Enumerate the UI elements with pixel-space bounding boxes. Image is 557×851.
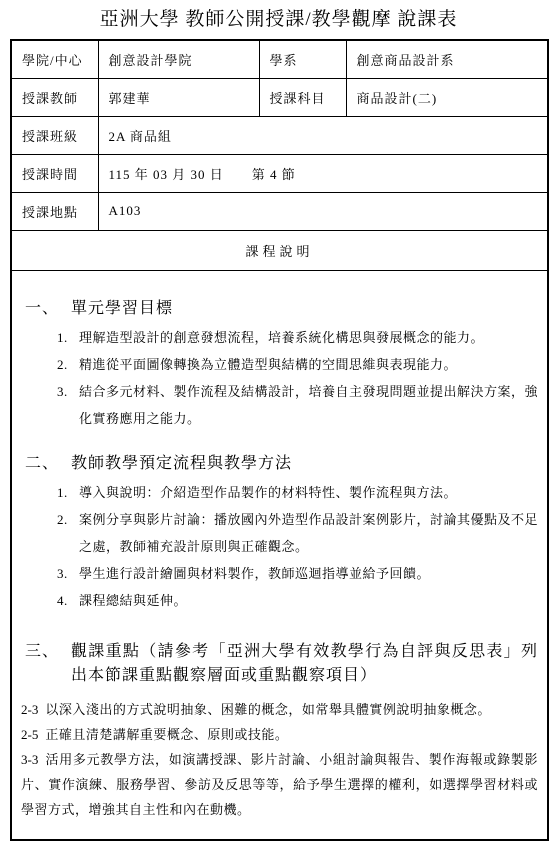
course-description-header: 課程說明 <box>11 230 548 270</box>
class-label: 授課班級 <box>11 116 98 154</box>
list-item-number: 1. <box>57 479 79 506</box>
section-title: 單元學習目標 <box>71 297 538 321</box>
class-value: 2A 商品組 <box>98 116 548 154</box>
time-value: 115 年 03 月 30 日 第 4 節 <box>98 154 548 192</box>
location-label: 授課地點 <box>11 192 98 230</box>
course-description-body: 一、 單元學習目標 1. 理解造型設計的創意發想流程，培養系統化構思與發展概念的… <box>11 270 548 840</box>
time-label: 授課時間 <box>11 154 98 192</box>
section-number: 二、 <box>25 452 71 476</box>
section-learning-objectives: 一、 單元學習目標 1. 理解造型設計的創意發想流程，培養系統化構思與發展概念的… <box>21 297 538 432</box>
teacher-label: 授課教師 <box>11 78 98 116</box>
section-number: 一、 <box>25 297 71 321</box>
list-item-number: 1. <box>57 324 79 351</box>
document-page: 亞洲大學 教師公開授課/教學觀摩 說課表 學院/中心 創意設計學院 學系 創意商… <box>0 0 557 851</box>
list-item-text: 結合多元材料、製作流程及結構設計，培養自主發現問題並提出解決方案，強化實務應用之… <box>79 378 538 432</box>
teacher-value: 郭建華 <box>98 78 259 116</box>
section-observation-focus: 三、 觀課重點（請參考「亞洲大學有效教學行為自評與反思表」列出本節課重點觀察層面… <box>21 640 538 688</box>
college-label: 學院/中心 <box>11 40 98 78</box>
list-item: 3. 結合多元材料、製作流程及結構設計，培養自主發現問題並提出解決方案，強化實務… <box>57 378 538 432</box>
observation-text: 正確且清楚講解重要概念、原則或技能。 <box>45 727 288 742</box>
list-item-text: 導入與說明：介紹造型作品製作的材料特性、製作流程與方法。 <box>79 479 538 506</box>
list-item-text: 案例分享與影片討論：播放國內外造型作品設計案例影片，討論其優點及不足之處，教師補… <box>79 506 538 560</box>
list-item-text: 課程總結與延伸。 <box>79 587 538 614</box>
list-item-text: 學生進行設計繪圖與材料製作，教師巡迴指導並給予回饋。 <box>79 560 538 587</box>
observation-code: 2-3 <box>21 702 38 717</box>
table-row-content: 一、 單元學習目標 1. 理解造型設計的創意發想流程，培養系統化構思與發展概念的… <box>11 270 548 840</box>
observation-code: 2-5 <box>21 727 38 742</box>
section-title: 觀課重點（請參考「亞洲大學有效教學行為自評與反思表」列出本節課重點觀察層面或重點… <box>71 640 538 688</box>
subject-label: 授課科目 <box>259 78 346 116</box>
table-row-class: 授課班級 2A 商品組 <box>11 116 548 154</box>
list-item-number: 2. <box>57 351 79 378</box>
observation-item: 3-3活用多元教學方法，如演講授課、影片討論、小組討論與報告、製作海報或錄製影片… <box>21 747 538 822</box>
list-item: 1. 理解造型設計的創意發想流程，培養系統化構思與發展概念的能力。 <box>57 324 538 351</box>
page-title: 亞洲大學 教師公開授課/教學觀摩 說課表 <box>0 0 557 38</box>
observation-item: 2-3以深入淺出的方式說明抽象、困難的概念，如常舉具體實例說明抽象概念。 <box>21 697 538 722</box>
section-heading: 三、 觀課重點（請參考「亞洲大學有效教學行為自評與反思表」列出本節課重點觀察層面… <box>21 640 538 688</box>
department-label: 學系 <box>259 40 346 78</box>
table-row-location: 授課地點 A103 <box>11 192 548 230</box>
college-value: 創意設計學院 <box>98 40 259 78</box>
objectives-list: 1. 理解造型設計的創意發想流程，培養系統化構思與發展概念的能力。 2. 精進從… <box>21 324 538 432</box>
list-item: 4. 課程總結與延伸。 <box>57 587 538 614</box>
list-item: 3. 學生進行設計繪圖與材料製作，教師巡迴指導並給予回饋。 <box>57 560 538 587</box>
list-item-number: 4. <box>57 587 79 614</box>
section-heading: 二、 教師教學預定流程與教學方法 <box>21 452 538 476</box>
section-title: 教師教學預定流程與教學方法 <box>71 452 538 476</box>
observation-text: 活用多元教學方法，如演講授課、影片討論、小組討論與報告、製作海報或錄製影片、實作… <box>21 752 538 817</box>
list-item: 1. 導入與說明：介紹造型作品製作的材料特性、製作流程與方法。 <box>57 479 538 506</box>
table-row-section-header: 課程說明 <box>11 230 548 270</box>
subject-value: 商品設計(二) <box>346 78 548 116</box>
list-item-number: 3. <box>57 378 79 432</box>
list-item: 2. 案例分享與影片討論：播放國內外造型作品設計案例影片，討論其優點及不足之處，… <box>57 506 538 560</box>
section-number: 三、 <box>25 640 71 688</box>
section-teaching-process: 二、 教師教學預定流程與教學方法 1. 導入與說明：介紹造型作品製作的材料特性、… <box>21 452 538 614</box>
observation-text: 以深入淺出的方式說明抽象、困難的概念，如常舉具體實例說明抽象概念。 <box>45 702 491 717</box>
department-value: 創意商品設計系 <box>346 40 548 78</box>
course-info-table: 學院/中心 創意設計學院 學系 創意商品設計系 授課教師 郭建華 授課科目 商品… <box>10 39 549 841</box>
table-row-time: 授課時間 115 年 03 月 30 日 第 4 節 <box>11 154 548 192</box>
list-item-text: 精進從平面圖像轉換為立體造型與結構的空間思維與表現能力。 <box>79 351 538 378</box>
table-row-teacher: 授課教師 郭建華 授課科目 商品設計(二) <box>11 78 548 116</box>
section-heading: 一、 單元學習目標 <box>21 297 538 321</box>
list-item-number: 3. <box>57 560 79 587</box>
table-row-college: 學院/中心 創意設計學院 學系 創意商品設計系 <box>11 40 548 78</box>
observation-code: 3-3 <box>21 752 38 767</box>
observation-item: 2-5正確且清楚講解重要概念、原則或技能。 <box>21 722 538 747</box>
observation-points: 2-3以深入淺出的方式說明抽象、困難的概念，如常舉具體實例說明抽象概念。 2-5… <box>21 697 538 822</box>
list-item: 2. 精進從平面圖像轉換為立體造型與結構的空間思維與表現能力。 <box>57 351 538 378</box>
list-item-number: 2. <box>57 506 79 560</box>
list-item-text: 理解造型設計的創意發想流程，培養系統化構思與發展概念的能力。 <box>79 324 538 351</box>
location-value: A103 <box>98 192 548 230</box>
process-list: 1. 導入與說明：介紹造型作品製作的材料特性、製作流程與方法。 2. 案例分享與… <box>21 479 538 614</box>
